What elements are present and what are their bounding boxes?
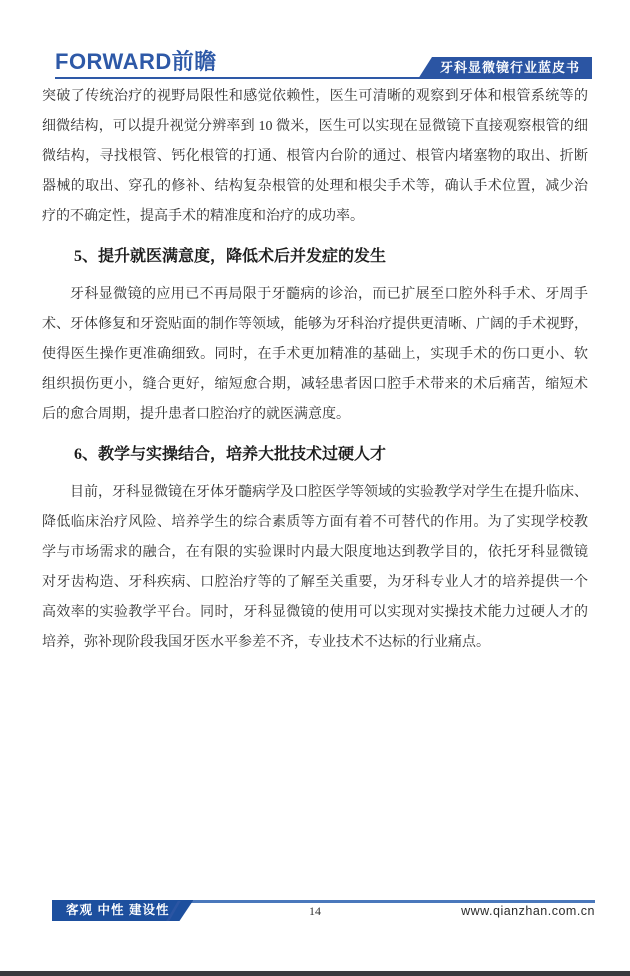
text-line: 微结构，寻找根管、钙化根管的打通、根管内台阶的通过、根管内堵塞物的取出、折断 [42,142,588,172]
text-line: 对牙齿构造、牙科疾病、口腔治疗等的了解至关重要，为牙科专业人才的培养提供一个 [42,568,588,598]
text-line: 牙科显微镜的应用已不再局限于牙髓病的诊治，而已扩展至口腔外科手术、牙周手 [42,280,588,310]
text-line: 使得医生操作更准确细致。同时，在手术更加精准的基础上，实现手术的伤口更小、软 [42,340,588,370]
forward-logo: FORWARD前瞻 [55,50,217,74]
text-line: 降低临床治疗风险、培养学生的综合素质等方面有着不可替代的作用。为了实现学校教 [42,508,588,538]
text-line: 疗的不确定性，提高手术的精准度和治疗的成功率。 [42,202,588,232]
paragraph: 突破了传统治疗的视野局限性和感觉依赖性，医生可清晰的观察到牙体和根管系统等的细微… [42,82,588,232]
document-body: 突破了传统治疗的视野局限性和感觉依赖性，医生可清晰的观察到牙体和根管系统等的细微… [42,82,588,658]
paragraph: 目前，牙科显微镜在牙体牙髓病学及口腔医学等领域的实验教学对学生在提升临床、降低临… [42,478,588,658]
website-url: www.qianzhan.com.cn [461,904,595,918]
report-title-badge: 牙科显微镜行业蓝皮书 [418,57,592,79]
text-line: 组织损伤更小，缝合更好，缩短愈合期，减轻患者因口腔手术带来的术后痛苦，缩短术 [42,370,588,400]
text-line: 目前，牙科显微镜在牙体牙髓病学及口腔医学等领域的实验教学对学生在提升临床、 [42,478,588,508]
bottom-bar [0,971,630,976]
text-line: 高效率的实验教学平台。同时，牙科显微镜的使用可以实现对实操技术能力过硬人才的 [42,598,588,628]
text-line: 术、牙体修复和牙瓷贴面的制作等领域，能够为牙科治疗提供更清晰、广阔的手术视野， [42,310,588,340]
text-line: 突破了传统治疗的视野局限性和感觉依赖性，医生可清晰的观察到牙体和根管系统等的 [42,82,588,112]
paragraph: 牙科显微镜的应用已不再局限于牙髓病的诊治，而已扩展至口腔外科手术、牙周手术、牙体… [42,280,588,430]
text-line: 细微结构，可以提升视觉分辨率到 10 微米，医生可以实现在显微镜下直接观察根管的… [42,112,588,142]
text-line: 器械的取出、穿孔的修补、结构复杂根管的处理和根尖手术等，确认手术位置，减少治 [42,172,588,202]
text-line: 后的愈合周期，提升患者口腔治疗的就医满意度。 [42,400,588,430]
text-line: 学与市场需求的融合，在有限的实验课时内最大限度地达到教学目的，依托牙科显微镜 [42,538,588,568]
section-heading: 5、提升就医满意度，降低术后并发症的发生 [42,242,588,272]
document-page: FORWARD前瞻 牙科显微镜行业蓝皮书 突破了传统治疗的视野局限性和感觉依赖性… [0,0,630,976]
text-line: 培养，弥补现阶段我国牙医水平参差不齐，专业技术不达标的行业痛点。 [42,628,588,658]
section-heading: 6、教学与实操结合，培养大批技术过硬人才 [42,440,588,470]
